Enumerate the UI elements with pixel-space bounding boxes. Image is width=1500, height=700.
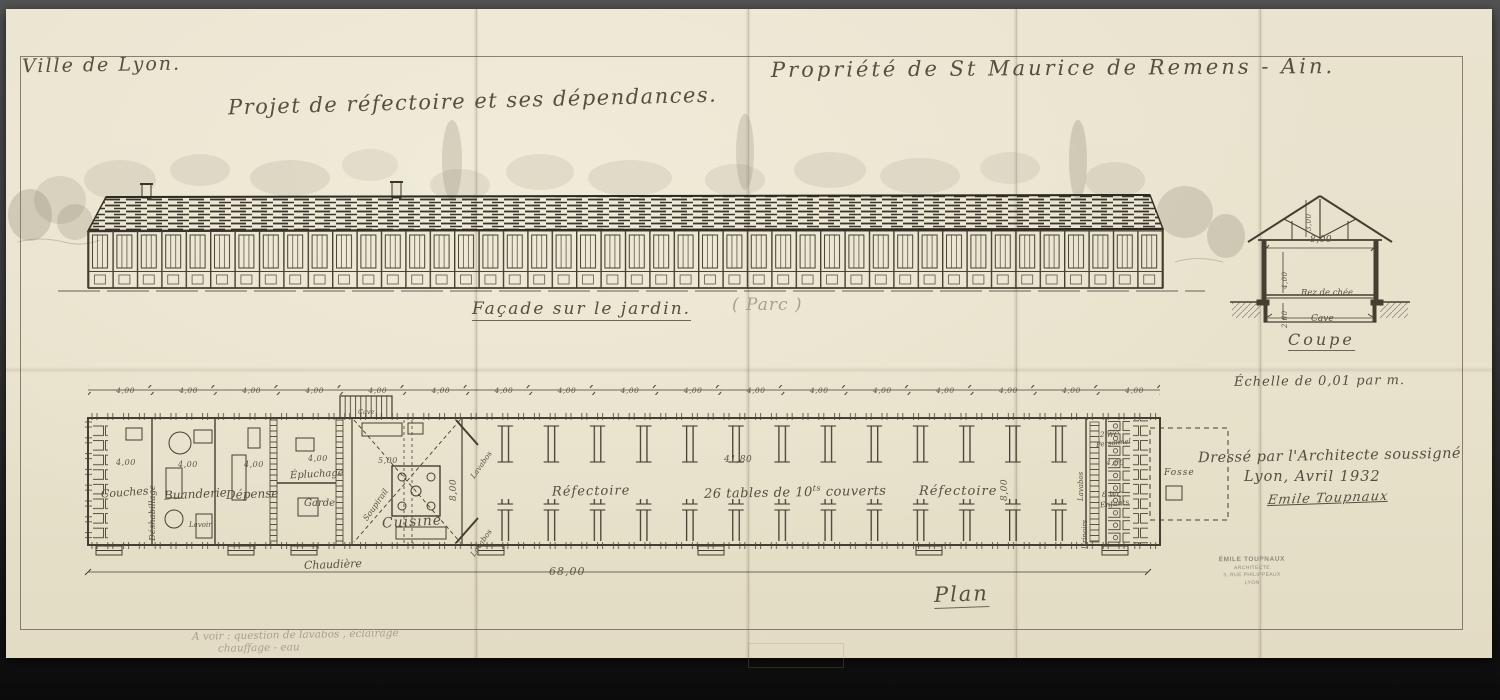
room-dim: 4,00 [178,461,198,470]
fold-crease [6,367,1492,373]
fold-crease [745,9,751,658]
plan-title: Plan [934,582,990,609]
urinoirs-vertical-label: Urinoirs [1082,520,1090,549]
room-dim: 4,00 [308,455,328,464]
depth-dim: 8,00 [1001,479,1011,501]
city-label: Ville de Lyon. [22,54,181,78]
stamp-line: ÉMILE TOUPNAUX [1206,555,1298,566]
pencil-note-line2: chauffage - eau [218,642,300,655]
bay-dim-label: 4,00 [346,386,409,395]
overall-dim: 68,00 [549,566,586,578]
sheet-border [20,56,1463,630]
facade-caption: Façade sur le jardin. [472,300,691,321]
coupe-roof-dim: 3,00 [1306,213,1314,231]
room-dim: 4,00 [116,459,136,468]
coupe-width-dim: 8,00 [1310,236,1332,246]
bay-dim-label: 4,00 [220,386,283,395]
section-title: Coupe [1288,331,1355,351]
coupe-floor-label: Rez de chée [1301,289,1353,298]
bay-dim-label: 4,00 [472,386,535,395]
attribution-line2: Lyon, Avril 1932 [1244,470,1381,486]
property-title: Propriété de St Maurice de Remens - Ain. [771,55,1335,82]
bay-dim-label: 4,00 [1040,386,1103,395]
room-label-garde: Garde [304,498,335,509]
interior-dim: 41,80 [724,456,752,466]
room-label-cave-stair: Cave [358,409,374,416]
bay-dim-label: 4,00 [157,386,220,395]
room-label-cuisine: Cuisine [382,513,443,532]
scale-note: Échelle de 0,01 par m. [1234,374,1405,390]
wc-dim: 4,00 [1106,459,1125,467]
drawing-sheet: Ville de Lyon. Projet de réfectoire et s… [6,9,1492,658]
room-label-lavoir: Lavoir [189,522,212,530]
coupe-cave-label: Cave [1311,315,1334,325]
room-label-deshabillage: Déshabillage [149,485,158,541]
fosse-label: Fosse [1164,469,1195,479]
bay-dim-label: 4,00 [662,386,725,395]
kitchen-dim: 5,00 [378,457,398,466]
room-label-depense: Dépense [226,487,279,502]
stamp-line: LYON [1206,579,1298,587]
erased-pencil-box [748,643,844,668]
room-label-chaudiere: Chaudière [304,558,362,572]
coupe-wall-dim: 4,00 [1282,271,1290,289]
bay-dim-label: 4,00 [94,386,157,395]
bay-dim-label: 4,00 [914,386,977,395]
fold-crease [1013,9,1019,658]
tables-label-post: couverts [821,484,887,500]
bay-dim-label: 4,00 [977,386,1040,395]
bay-dims-row: 4,004,004,004,004,004,004,004,004,004,00… [94,386,1166,395]
bay-dim-label: 4,00 [725,386,788,395]
bay-dim-label: 4,00 [1103,386,1166,395]
kitchen-depth-dim: 8,00 [450,479,460,501]
bay-dim-label: 4,00 [788,386,851,395]
room-label-refectoire-right: Réfectoire [919,485,997,499]
bay-dim-label: 4,00 [409,386,472,395]
tables-label: 26 tables de 10ts couverts [704,483,887,502]
coupe-cave-dim: 2,60 [1282,310,1290,328]
bay-dim-label: 4,00 [535,386,598,395]
room-label-refectoire-left: Réfectoire [552,484,631,500]
bay-dim-label: 4,00 [283,386,346,395]
bay-dim-label: 4,00 [851,386,914,395]
bay-dim-label: 4,00 [599,386,662,395]
facade-caption-note: ( Parc ) [732,296,803,315]
lavabos-vertical-label: Lavabos [1078,472,1086,501]
room-dim: 4,00 [244,461,264,470]
architect-stamp: ÉMILE TOUPNAUXARCHITECTE3, RUE PHILIPPEA… [1206,555,1298,588]
tables-label-pre: 26 tables de 10 [704,485,813,502]
